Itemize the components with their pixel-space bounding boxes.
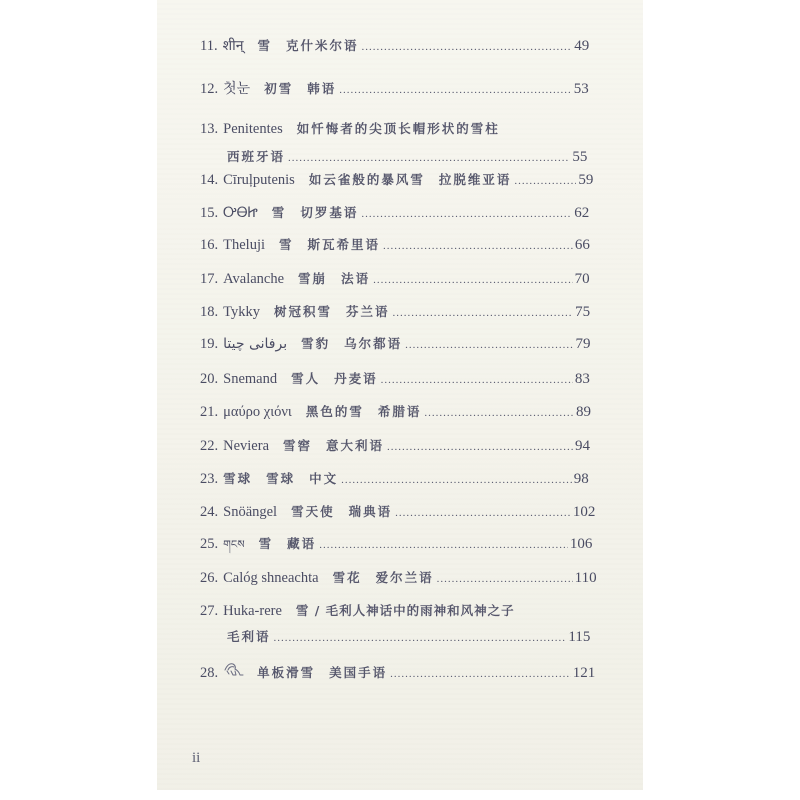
entry-page-number: 110 [575, 570, 580, 586]
entry-term: μαύρο χιόνι [223, 404, 292, 420]
entry-language: 西班牙语 [227, 149, 285, 165]
toc-entry[interactable]: 26. Calóg shneachta 雪花 爱尔兰语 110 [200, 570, 580, 587]
entry-term: Cīruļputenis [223, 172, 295, 188]
dot-leader [381, 372, 573, 388]
entry-number: 28. [200, 665, 218, 681]
entry-meaning: 雪天使 [291, 504, 335, 520]
entry-meaning: 雪 [272, 205, 287, 221]
entry-term: Huka-rere [223, 603, 282, 619]
entry-term: Calóg shneachta [223, 570, 318, 586]
dot-leader [393, 305, 574, 321]
entry-meaning: 雪人 [291, 371, 320, 387]
entry-page-number: 75 [575, 304, 580, 320]
toc-entry[interactable]: 27. Huka-rere 雪 / 毛利人神话中的雨神和风神之子 毛利语 115 [200, 603, 580, 646]
entry-meaning: 雪球 [266, 471, 295, 487]
entry-number: 11. [200, 38, 218, 54]
entry-page-number: 102 [573, 504, 580, 520]
entry-language: 希腊语 [378, 404, 422, 420]
toc-entry[interactable]: 14. Cīruļputenis 如云雀般的暴风雪 拉脱维亚语 59 [200, 172, 580, 189]
entry-page-number: 106 [570, 536, 580, 552]
entry-page-number: 49 [574, 38, 580, 54]
entry-meaning: 雪 [259, 536, 274, 552]
entry-term: གངས [223, 537, 245, 553]
entry-language: 中文 [309, 471, 338, 487]
entry-page-number: 98 [574, 471, 580, 487]
entry-term: 雪球 [223, 471, 252, 487]
entry-term: برفانی چیتا [223, 336, 287, 352]
entry-page-number: 79 [575, 336, 580, 352]
entry-meaning: 雪花 [333, 570, 362, 586]
entry-language: 意大利语 [326, 438, 384, 454]
dot-leader [361, 206, 572, 222]
dot-leader [362, 39, 573, 55]
entry-meaning: 雪 [279, 237, 294, 253]
dot-leader [339, 82, 572, 98]
entry-meaning: 黑色的雪 [306, 404, 364, 420]
dot-leader [405, 337, 573, 353]
entry-meaning: 雪崩 [298, 271, 327, 287]
dot-leader [395, 505, 571, 521]
entry-page-number: 55 [572, 149, 580, 165]
entry-term: Avalanche [223, 271, 284, 287]
entry-number: 13. [200, 121, 218, 137]
dot-leader [383, 238, 573, 254]
entry-term: शीन् [223, 38, 244, 54]
entry-page-number: 89 [576, 404, 580, 420]
entry-number: 16. [200, 237, 218, 253]
toc-entry[interactable]: 28. 单板滑雪 美国手语 121 [200, 661, 580, 682]
entry-language: 乌尔都语 [344, 336, 402, 352]
entry-meaning: 雪窖 [283, 438, 312, 454]
entry-page-number: 94 [575, 438, 580, 454]
dot-leader [274, 630, 567, 646]
entry-number: 26. [200, 570, 218, 586]
entry-language: 切罗基语 [300, 205, 358, 221]
page-folio: ii [192, 750, 200, 767]
entry-meaning: 雪豹 [301, 336, 330, 352]
entry-language: 藏语 [287, 536, 316, 552]
toc-entry[interactable]: 18. Tykky 树冠积雪 芬兰语 75 [200, 304, 580, 321]
entry-language: 拉脱维亚语 [439, 172, 512, 188]
entry-meaning: 如云雀般的暴风雪 [309, 172, 425, 188]
dot-leader [437, 571, 573, 587]
entry-page-number: 70 [575, 271, 580, 287]
entry-number: 20. [200, 371, 218, 387]
entry-number: 23. [200, 471, 218, 487]
toc-entry[interactable]: 15. ᎤᎾᏥ 雪 切罗基语 62 [200, 205, 580, 222]
dot-leader [341, 472, 572, 488]
toc-entry[interactable]: 24. Snöängel 雪天使 瑞典语 102 [200, 504, 580, 521]
toc-entry[interactable]: 13. Penitentes 如忏悔者的尖顶长帽形状的雪柱 西班牙语 55 [200, 121, 580, 166]
dot-leader [288, 150, 570, 166]
entry-term: Tykky [223, 304, 260, 320]
entry-page-number: 59 [578, 172, 580, 188]
entry-meaning: 雪 [258, 38, 273, 54]
entry-number: 12. [200, 81, 218, 97]
entry-meaning: 初雪 [264, 81, 293, 97]
dot-leader [373, 272, 573, 288]
entry-number: 18. [200, 304, 218, 320]
entry-language: 韩语 [307, 81, 336, 97]
entry-language: 斯瓦希里语 [308, 237, 381, 253]
toc-entry[interactable]: 21. μαύρο χιόνι 黑色的雪 希腊语 89 [200, 404, 580, 421]
book-page: 11. शीन् 雪 克什米尔语 49 12. 첫눈 初雪 韩语 53 13. [157, 0, 643, 790]
entry-language: 丹麦语 [334, 371, 378, 387]
entry-meaning: 雪 / 毛利人神话中的雨神和风神之子 [296, 603, 515, 619]
sign-language-hand-icon [223, 661, 245, 677]
entry-language: 瑞典语 [349, 504, 393, 520]
entry-term: Snöängel [223, 504, 277, 520]
entry-term: ᎤᎾᏥ [223, 205, 258, 221]
entry-term: Snemand [223, 371, 277, 387]
entry-number: 22. [200, 438, 218, 454]
toc-entry[interactable]: 22. Neviera 雪窖 意大利语 94 [200, 438, 580, 455]
entry-page-number: 83 [575, 371, 580, 387]
toc-entry[interactable]: 19. برفانی چیتا 雪豹 乌尔都语 79 [200, 336, 580, 353]
entry-meaning: 如忏悔者的尖顶长帽形状的雪柱 [297, 121, 500, 137]
entry-number: 14. [200, 172, 218, 188]
entry-meaning: 单板滑雪 [257, 665, 315, 681]
entry-meaning: 树冠积雪 [274, 304, 332, 320]
toc-entry[interactable]: 11. शीन् 雪 克什米尔语 49 [200, 38, 580, 55]
entry-language: 芬兰语 [346, 304, 390, 320]
dot-leader [390, 666, 571, 682]
entry-language: 法语 [341, 271, 370, 287]
entry-language: 美国手语 [329, 665, 387, 681]
entry-number: 27. [200, 603, 218, 619]
entry-page-number: 115 [568, 629, 580, 645]
toc-entry[interactable]: 25. གངས 雪 藏语 106 [200, 536, 580, 553]
entry-number: 17. [200, 271, 218, 287]
entry-page-number: 53 [574, 81, 580, 97]
toc-entry[interactable]: 20. Snemand 雪人 丹麦语 83 [200, 371, 580, 388]
entry-page-number: 66 [575, 237, 580, 253]
toc-entry[interactable]: 12. 첫눈 初雪 韩语 53 [200, 81, 580, 98]
toc-entry[interactable]: 16. Theluji 雪 斯瓦希里语 66 [200, 237, 580, 254]
dot-leader [319, 537, 568, 553]
entry-number: 24. [200, 504, 218, 520]
entry-term: Theluji [223, 237, 265, 253]
dot-leader [424, 405, 574, 421]
entry-page-number: 62 [574, 205, 580, 221]
entry-language: 毛利语 [227, 629, 271, 645]
dot-leader [514, 173, 576, 189]
entry-language: 爱尔兰语 [376, 570, 434, 586]
entry-language: 克什米尔语 [286, 38, 359, 54]
entry-term: Neviera [223, 438, 269, 454]
entry-number: 15. [200, 205, 218, 221]
entry-page-number: 121 [573, 665, 580, 681]
toc-entry[interactable]: 23. 雪球 雪球 中文 98 [200, 471, 580, 488]
dot-leader [387, 439, 573, 455]
entry-term: Penitentes [223, 121, 283, 137]
entry-number: 21. [200, 404, 218, 420]
entry-term: 첫눈 [223, 81, 250, 97]
entry-number: 25. [200, 536, 218, 552]
entry-number: 19. [200, 336, 218, 352]
toc-entry[interactable]: 17. Avalanche 雪崩 法语 70 [200, 271, 580, 288]
